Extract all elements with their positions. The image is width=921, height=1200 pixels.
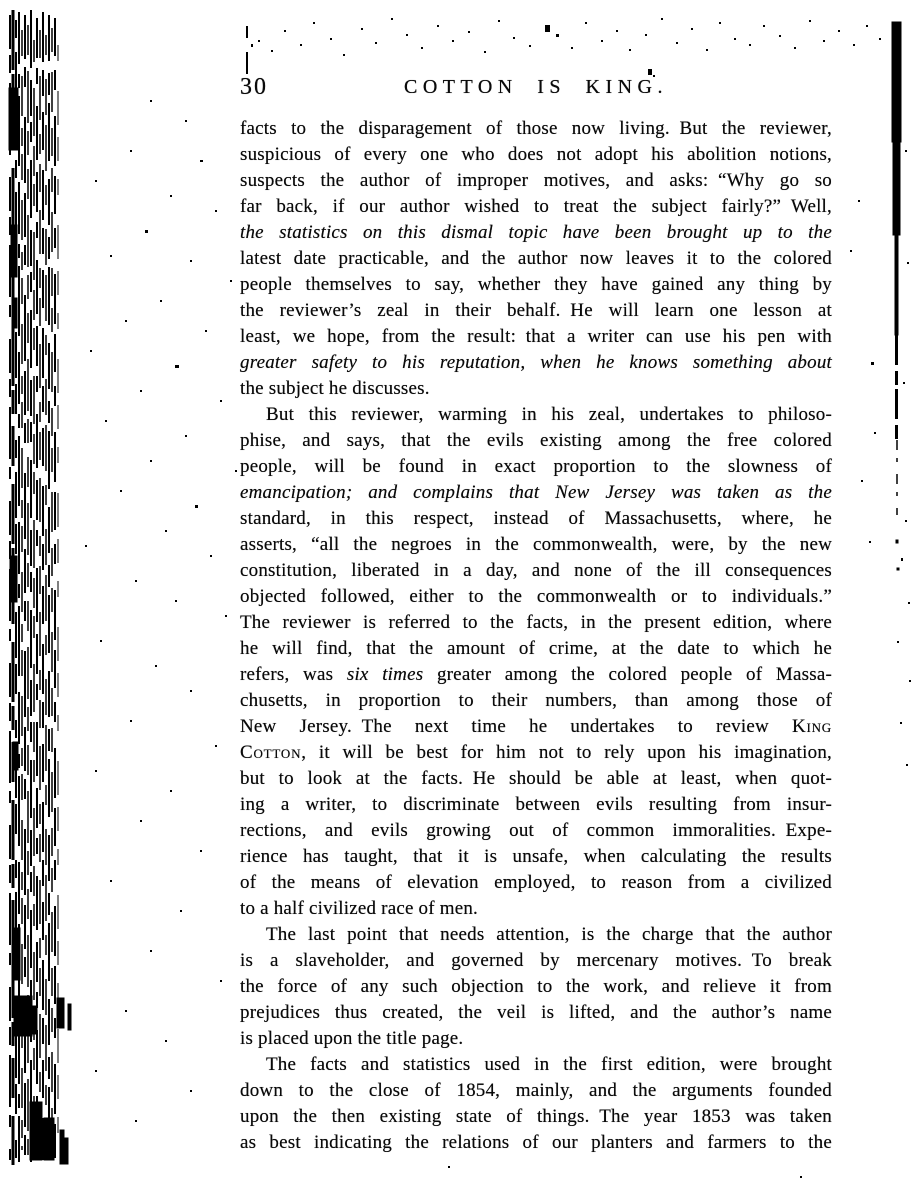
text-line: The reviewer is referred to the facts, i…: [240, 610, 832, 636]
text-line: prejudices thus created, the veil is lif…: [240, 1000, 832, 1026]
text-line: down to the close of 1854, mainly, and t…: [240, 1078, 832, 1104]
text-line: least, we hope, from the result: that a …: [240, 324, 832, 350]
text-line: suspicious of every one who does not ado…: [240, 142, 832, 168]
text-line: asserts, “all the negroes in the commonw…: [240, 532, 832, 558]
text-line: The last point that needs attention, is …: [240, 922, 832, 948]
text-line: people, will be found in exact proportio…: [240, 454, 832, 480]
text-line: the statistics on this dismal topic have…: [240, 220, 832, 246]
text-line: rections, and evils growing out of commo…: [240, 818, 832, 844]
text-line: upon the then existing state of things. …: [240, 1104, 832, 1130]
scanned-page: 30 COTTON IS KING. facts to the disparag…: [0, 0, 921, 1200]
page-edge-artifact: [892, 22, 901, 570]
text-line: The facts and statistics used in the fir…: [240, 1052, 832, 1078]
text-line: standard, in this respect, instead of Ma…: [240, 506, 832, 532]
running-header: 30 COTTON IS KING.: [240, 72, 832, 106]
text-line: facts to the disparagement of those now …: [240, 116, 832, 142]
text-line: Cotton, it will be best for him not to r…: [240, 740, 832, 766]
text-line: suspects the author of improper motives,…: [240, 168, 832, 194]
text-line: but to look at the facts. He should be a…: [240, 766, 832, 792]
paragraph: The facts and statistics used in the fir…: [240, 1052, 832, 1156]
text-line: refers, was six times greater among the …: [240, 662, 832, 688]
text-line: is placed upon the title page.: [240, 1026, 832, 1052]
text-line: New Jersey. The next time he undertakes …: [240, 714, 832, 740]
text-line: to a half civilized race of men.: [240, 896, 832, 922]
text-line: the subject he discusses.: [240, 376, 832, 402]
text-line: ing a writer, to discriminate between ev…: [240, 792, 832, 818]
text-line: greater safety to his reputation, when h…: [240, 350, 832, 376]
text-line: the reviewer’s zeal in their behalf. He …: [240, 298, 832, 324]
text-line: latest date practicable, and the author …: [240, 246, 832, 272]
text-line: constitution, liberated in a day, and no…: [240, 558, 832, 584]
text-line: rience has taught, that it is unsafe, wh…: [240, 844, 832, 870]
paragraph: But this reviewer, warming in his zeal, …: [240, 402, 832, 922]
text-line: people themselves to say, whether they h…: [240, 272, 832, 298]
running-title: COTTON IS KING.: [240, 76, 832, 99]
paragraph: facts to the disparagement of those now …: [240, 116, 832, 402]
text-line: as best indicating the relations of our …: [240, 1130, 832, 1156]
paragraph: The last point that needs attention, is …: [240, 922, 832, 1052]
text-line: the force of any such objection to the w…: [240, 974, 832, 1000]
text-line: objected followed, either to the commonw…: [240, 584, 832, 610]
text-line: But this reviewer, warming in his zeal, …: [240, 402, 832, 428]
text-line: far back, if our author wished to treat …: [240, 194, 832, 220]
text-line: chusetts, in proportion to their numbers…: [240, 688, 832, 714]
book-gutter-artifact: [0, 0, 120, 1200]
text-line: emancipation; and complains that New Jer…: [240, 480, 832, 506]
text-line: phise, and says, that the evils existing…: [240, 428, 832, 454]
text-line: of the means of elevation employed, to r…: [240, 870, 832, 896]
page-body: facts to the disparagement of those now …: [240, 116, 832, 1156]
text-line: is a slaveholder, and governed by mercen…: [240, 948, 832, 974]
text-line: he will find, that the amount of crime, …: [240, 636, 832, 662]
